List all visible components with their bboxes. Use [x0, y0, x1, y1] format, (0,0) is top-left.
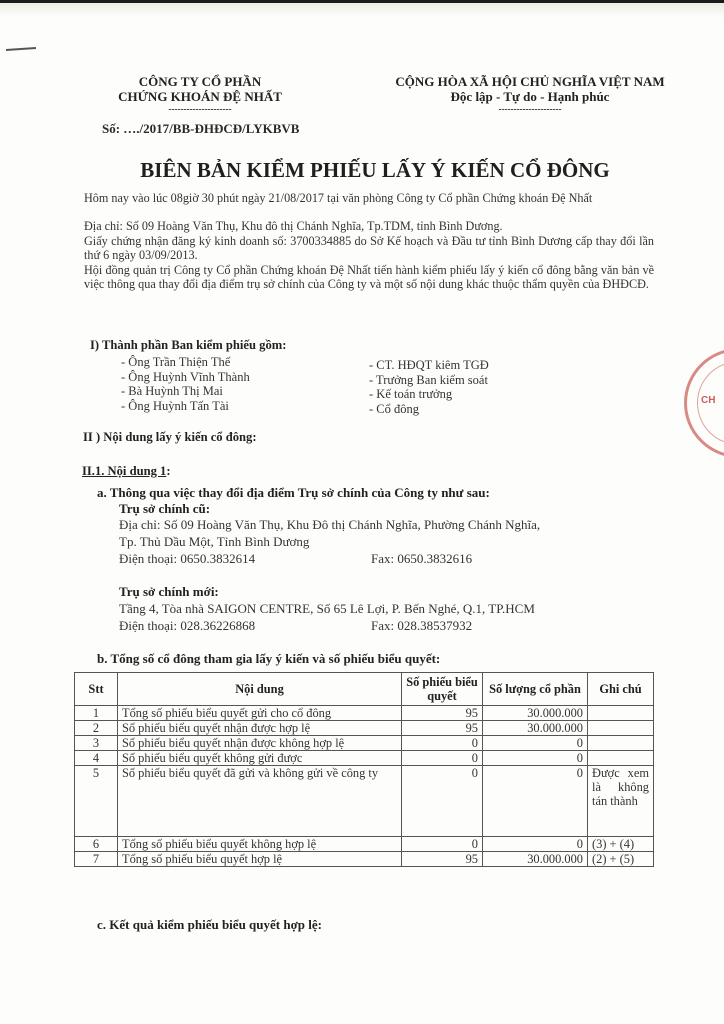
row-shares: 30.000.000	[483, 721, 588, 736]
col-shares: Số lượng cổ phần	[483, 673, 588, 706]
section2-1-heading: II.1. Nội dung 1:	[82, 464, 171, 479]
row-votes: 0	[402, 766, 483, 837]
member-role: - Trưởng Ban kiểm soát	[369, 373, 488, 387]
table-body: 1Tổng số phiếu biểu quyết gửi cho cổ đôn…	[75, 706, 654, 867]
old-hq-label: Trụ sở chính cũ:	[119, 501, 210, 517]
row-content: Số phiếu biểu quyết không gửi được	[118, 751, 402, 766]
table-row: 2Số phiếu biểu quyết nhận được hợp lệ953…	[75, 721, 654, 736]
nation-line1: CỘNG HÒA XÃ HỘI CHỦ NGHĨA VIỆT NAM	[340, 74, 720, 89]
company-divider: ---------------------	[100, 104, 300, 114]
row-shares: 0	[483, 766, 588, 837]
item-b: b. Tổng số cổ đông tham gia lấy ý kiến v…	[97, 651, 440, 667]
table-header-row: Stt Nội dung Số phiếu biểu quyết Số lượn…	[75, 673, 654, 706]
new-hq-fax: Fax: 028.38537932	[371, 618, 472, 634]
table-row: 6Tổng số phiếu biểu quyết không hợp lệ00…	[75, 837, 654, 852]
row-stt: 4	[75, 751, 118, 766]
table-row: 5Số phiếu biểu quyết đã gửi và không gửi…	[75, 766, 654, 837]
row-votes: 0	[402, 837, 483, 852]
row-note: (2) + (5)	[588, 852, 654, 867]
row-content: Số phiếu biểu quyết nhận được không hợp …	[118, 736, 402, 751]
seal-text: CH	[701, 395, 715, 406]
old-hq-address-2: Tp. Thủ Dầu Một, Tỉnh Bình Dương	[119, 534, 309, 550]
row-shares: 0	[483, 837, 588, 852]
row-note: (3) + (4)	[588, 837, 654, 852]
row-content: Tổng số phiếu biểu quyết không hợp lệ	[118, 837, 402, 852]
row-content: Số phiếu biểu quyết nhận được hợp lệ	[118, 721, 402, 736]
row-shares: 30.000.000	[483, 706, 588, 721]
row-note	[588, 706, 654, 721]
intro-license: Giấy chứng nhận đăng ký kinh doanh số: 3…	[84, 234, 654, 262]
row-note	[588, 751, 654, 766]
nation-header: CỘNG HÒA XÃ HỘI CHỦ NGHĨA VIỆT NAM Độc l…	[340, 74, 720, 114]
intro-board: Hội đồng quản trị Công ty Cổ phần Chứng …	[84, 263, 654, 291]
row-shares: 0	[483, 751, 588, 766]
row-shares: 0	[483, 736, 588, 751]
row-stt: 7	[75, 852, 118, 867]
member-role: - Cổ đông	[369, 402, 419, 416]
row-votes: 95	[402, 721, 483, 736]
row-shares: 30.000.000	[483, 852, 588, 867]
row-content: Số phiếu biểu quyết đã gửi và không gửi …	[118, 766, 402, 837]
table-row: 4Số phiếu biểu quyết không gửi được00	[75, 751, 654, 766]
row-note: Được xem là không tán thành	[588, 766, 654, 837]
row-stt: 3	[75, 736, 118, 751]
company-header: CÔNG TY CỔ PHẦN CHỨNG KHOÁN ĐỆ NHẤT ----…	[100, 74, 300, 114]
document-title: BIÊN BẢN KIỂM PHIẾU LẤY Ý KIẾN CỔ ĐÔNG	[70, 158, 680, 183]
member-name: - Ông Huỳnh Tấn Tài	[121, 399, 229, 413]
new-hq-address: Tầng 4, Tòa nhà SAIGON CENTRE, Số 65 Lê …	[119, 601, 535, 617]
col-content: Nội dung	[118, 673, 402, 706]
table-row: 3Số phiếu biểu quyết nhận được không hợp…	[75, 736, 654, 751]
item-a: a. Thông qua việc thay đổi địa điểm Trụ …	[97, 485, 490, 501]
row-stt: 2	[75, 721, 118, 736]
section2-1-label: II.1. Nội dung 1	[82, 464, 166, 478]
row-stt: 1	[75, 706, 118, 721]
row-stt: 5	[75, 766, 118, 837]
vote-summary-table: Stt Nội dung Số phiếu biểu quyết Số lượn…	[74, 672, 654, 867]
row-content: Tổng số phiếu biểu quyết gửi cho cổ đông	[118, 706, 402, 721]
table-row: 7Tổng số phiếu biểu quyết hợp lệ9530.000…	[75, 852, 654, 867]
old-hq-phone: Điện thoại: 0650.3832614	[119, 551, 255, 567]
section2-heading: II ) Nội dung lấy ý kiến cổ đông:	[83, 430, 257, 445]
section1-heading: I) Thành phần Ban kiểm phiếu gồm:	[90, 338, 286, 353]
col-votes: Số phiếu biểu quyết	[402, 673, 483, 706]
row-content: Tổng số phiếu biểu quyết hợp lệ	[118, 852, 402, 867]
row-votes: 95	[402, 852, 483, 867]
item-c: c. Kết quả kiểm phiếu biểu quyết hợp lệ:	[97, 917, 322, 933]
intro-time: Hôm nay vào lúc 08giờ 30 phút ngày 21/08…	[84, 191, 654, 205]
document-number: Số: …./2017/BB-ĐHĐCĐ/LYKBVB	[102, 121, 299, 137]
section2-1-colon: :	[166, 464, 170, 478]
row-note	[588, 721, 654, 736]
row-stt: 6	[75, 837, 118, 852]
row-votes: 95	[402, 706, 483, 721]
member-name: - Ông Trần Thiện Thế	[121, 355, 230, 369]
row-note	[588, 736, 654, 751]
old-hq-address-1: Địa chỉ: Số 09 Hoàng Văn Thụ, Khu Đô thị…	[119, 517, 540, 533]
new-hq-label: Trụ sở chính mới:	[119, 584, 219, 600]
nation-divider: ---------------------	[340, 104, 720, 114]
nation-motto: Độc lập - Tự do - Hạnh phúc	[340, 89, 720, 104]
row-votes: 0	[402, 736, 483, 751]
intro-address: Địa chỉ: Số 09 Hoàng Văn Thụ, Khu đô thị…	[84, 219, 503, 233]
margin-pen-mark	[6, 47, 36, 51]
old-hq-fax: Fax: 0650.3832616	[371, 551, 472, 567]
scan-shadow	[0, 3, 724, 17]
company-line2: CHỨNG KHOÁN ĐỆ NHẤT	[100, 89, 300, 104]
row-votes: 0	[402, 751, 483, 766]
company-seal-stamp: CH	[684, 348, 724, 458]
new-hq-phone: Điện thoại: 028.36226868	[119, 618, 255, 634]
member-name: - Ông Huỳnh Vĩnh Thành	[121, 370, 250, 384]
member-role: - CT. HĐQT kiêm TGĐ	[369, 358, 489, 372]
col-stt: Stt	[75, 673, 118, 706]
company-line1: CÔNG TY CỔ PHẦN	[100, 74, 300, 89]
table-row: 1Tổng số phiếu biểu quyết gửi cho cổ đôn…	[75, 706, 654, 721]
member-name: - Bà Huỳnh Thị Mai	[121, 384, 223, 398]
col-note: Ghi chú	[588, 673, 654, 706]
member-role: - Kế toán trưởng	[369, 387, 452, 401]
